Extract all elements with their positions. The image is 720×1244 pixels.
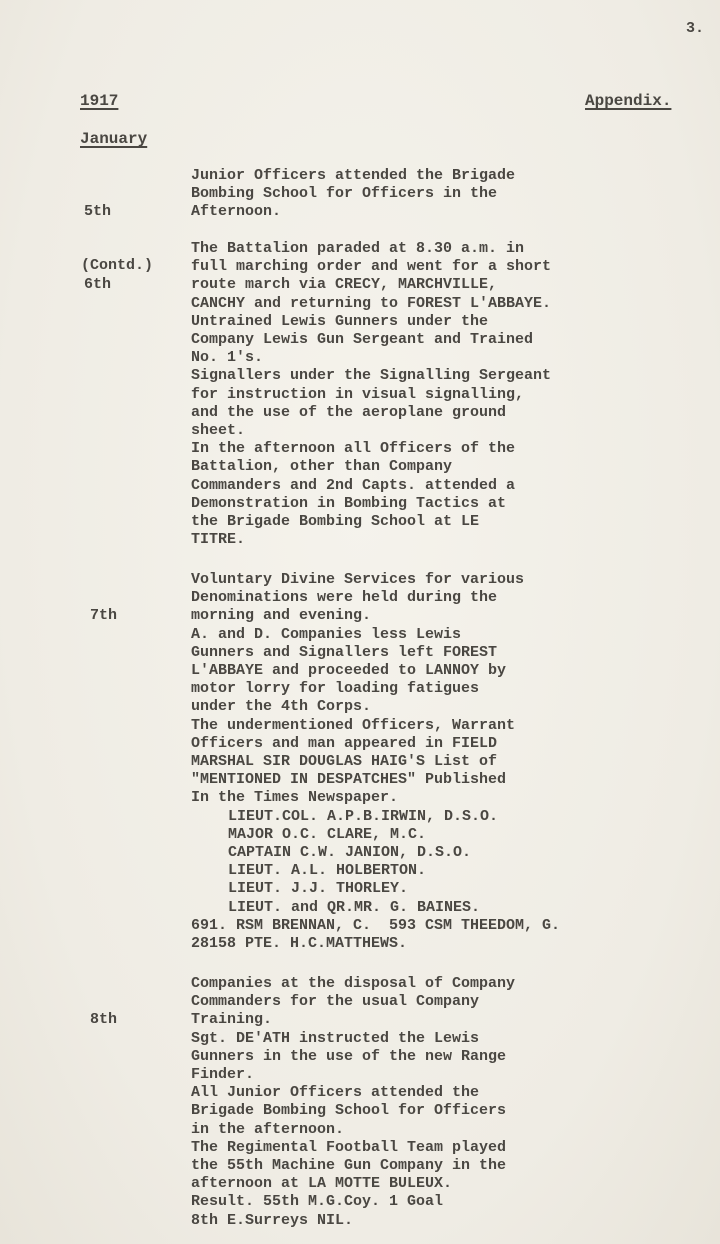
text-line: Battalion, other than Company <box>191 458 651 476</box>
document-page: 3. 1917 Appendix. January 5th (Contd.) J… <box>0 0 720 1244</box>
mentioned-other-ranks: 691. RSM BRENNAN, C. 593 CSM THEEDOM, G. <box>191 917 651 935</box>
text-line: In the afternoon all Officers of the <box>191 440 651 458</box>
year-heading: 1917 <box>80 92 118 110</box>
entry-text: Companies at the disposal of Company Com… <box>191 975 651 1230</box>
text-line: Gunners in the use of the new Range <box>191 1048 651 1066</box>
mentioned-name: CAPTAIN C.W. JANION, D.S.O. <box>191 844 651 862</box>
text-line: Voluntary Divine Services for various <box>191 571 651 589</box>
text-line: afternoon at LA MOTTE BULEUX. <box>191 1175 651 1193</box>
text-line: "MENTIONED IN DESPATCHES" Published <box>191 771 651 789</box>
text-line: in the afternoon. <box>191 1121 651 1139</box>
month-heading: January <box>80 130 147 148</box>
mentioned-other-ranks: 28158 PTE. H.C.MATTHEWS. <box>191 935 651 953</box>
text-line: Gunners and Signallers left FOREST <box>191 644 651 662</box>
entry-date: 6th <box>84 240 138 330</box>
text-line: L'ABBAYE and proceeded to LANNOY by <box>191 662 651 680</box>
text-line: The undermentioned Officers, Warrant <box>191 717 651 735</box>
text-line: Finder. <box>191 1066 651 1084</box>
text-line: Bombing School for Officers in the <box>191 185 651 203</box>
text-line: 8th E.Surreys NIL. <box>191 1212 651 1230</box>
text-line: Result. 55th M.G.Coy. 1 Goal <box>191 1193 651 1211</box>
mentioned-name: LIEUT. J.J. THORLEY. <box>191 880 651 898</box>
entry-text: Voluntary Divine Services for various De… <box>191 571 651 953</box>
text-line: Signallers under the Signalling Sergeant <box>191 367 651 385</box>
text-line: Junior Officers attended the Brigade <box>191 167 651 185</box>
text-line: the 55th Machine Gun Company in the <box>191 1157 651 1175</box>
text-line: The Battalion paraded at 8.30 a.m. in <box>191 240 651 258</box>
text-line: Company Lewis Gun Sergeant and Trained <box>191 331 651 349</box>
text-line: the Brigade Bombing School at LE <box>191 513 651 531</box>
text-line: and the use of the aeroplane ground <box>191 404 651 422</box>
text-line: motor lorry for loading fatigues <box>191 680 651 698</box>
text-line: sheet. <box>191 422 651 440</box>
text-line: Brigade Bombing School for Officers <box>191 1102 651 1120</box>
text-line: Denominations were held during the <box>191 589 651 607</box>
entry-text: The Battalion paraded at 8.30 a.m. in fu… <box>191 240 651 549</box>
date-line: 7th <box>90 607 138 625</box>
text-line: for instruction in visual signalling, <box>191 386 651 404</box>
mentioned-name: LIEUT.COL. A.P.B.IRWIN, D.S.O. <box>191 808 651 826</box>
text-line: Afternoon. <box>191 203 651 221</box>
text-line: Untrained Lewis Gunners under the <box>191 313 651 331</box>
text-line: Commanders for the usual Company <box>191 993 651 1011</box>
mentioned-name: LIEUT. and QR.MR. G. BAINES. <box>191 899 651 917</box>
text-line: A. and D. Companies less Lewis <box>191 626 651 644</box>
date-line: 8th <box>90 1011 138 1029</box>
text-line: Demonstration in Bombing Tactics at <box>191 495 651 513</box>
text-line: No. 1's. <box>191 349 651 367</box>
appendix-heading: Appendix. <box>585 92 671 110</box>
text-line: The Regimental Football Team played <box>191 1139 651 1157</box>
text-line: Commanders and 2nd Capts. attended a <box>191 477 651 495</box>
text-line: MARSHAL SIR DOUGLAS HAIG'S List of <box>191 753 651 771</box>
entry-text: Junior Officers attended the Brigade Bom… <box>191 167 651 222</box>
text-line: Officers and man appeared in FIELD <box>191 735 651 753</box>
text-line: under the 4th Corps. <box>191 698 651 716</box>
text-line: route march via CRECY, MARCHVILLE, <box>191 276 651 294</box>
mentioned-name: LIEUT. A.L. HOLBERTON. <box>191 862 651 880</box>
page-number: 3. <box>686 20 704 37</box>
text-line: In the Times Newspaper. <box>191 789 651 807</box>
date-line: 5th <box>84 203 153 221</box>
text-line: Companies at the disposal of Company <box>191 975 651 993</box>
text-line: Sgt. DE'ATH instructed the Lewis <box>191 1030 651 1048</box>
entry-date: 8th <box>84 975 138 1065</box>
entry-date: 7th <box>84 571 138 661</box>
text-line: TITRE. <box>191 531 651 549</box>
text-line: morning and evening. <box>191 607 651 625</box>
date-line: 6th <box>84 276 138 294</box>
mentioned-name: MAJOR O.C. CLARE, M.C. <box>191 826 651 844</box>
text-line: CANCHY and returning to FOREST L'ABBAYE. <box>191 295 651 313</box>
text-line: Training. <box>191 1011 651 1029</box>
text-line: All Junior Officers attended the <box>191 1084 651 1102</box>
text-line: full marching order and went for a short <box>191 258 651 276</box>
